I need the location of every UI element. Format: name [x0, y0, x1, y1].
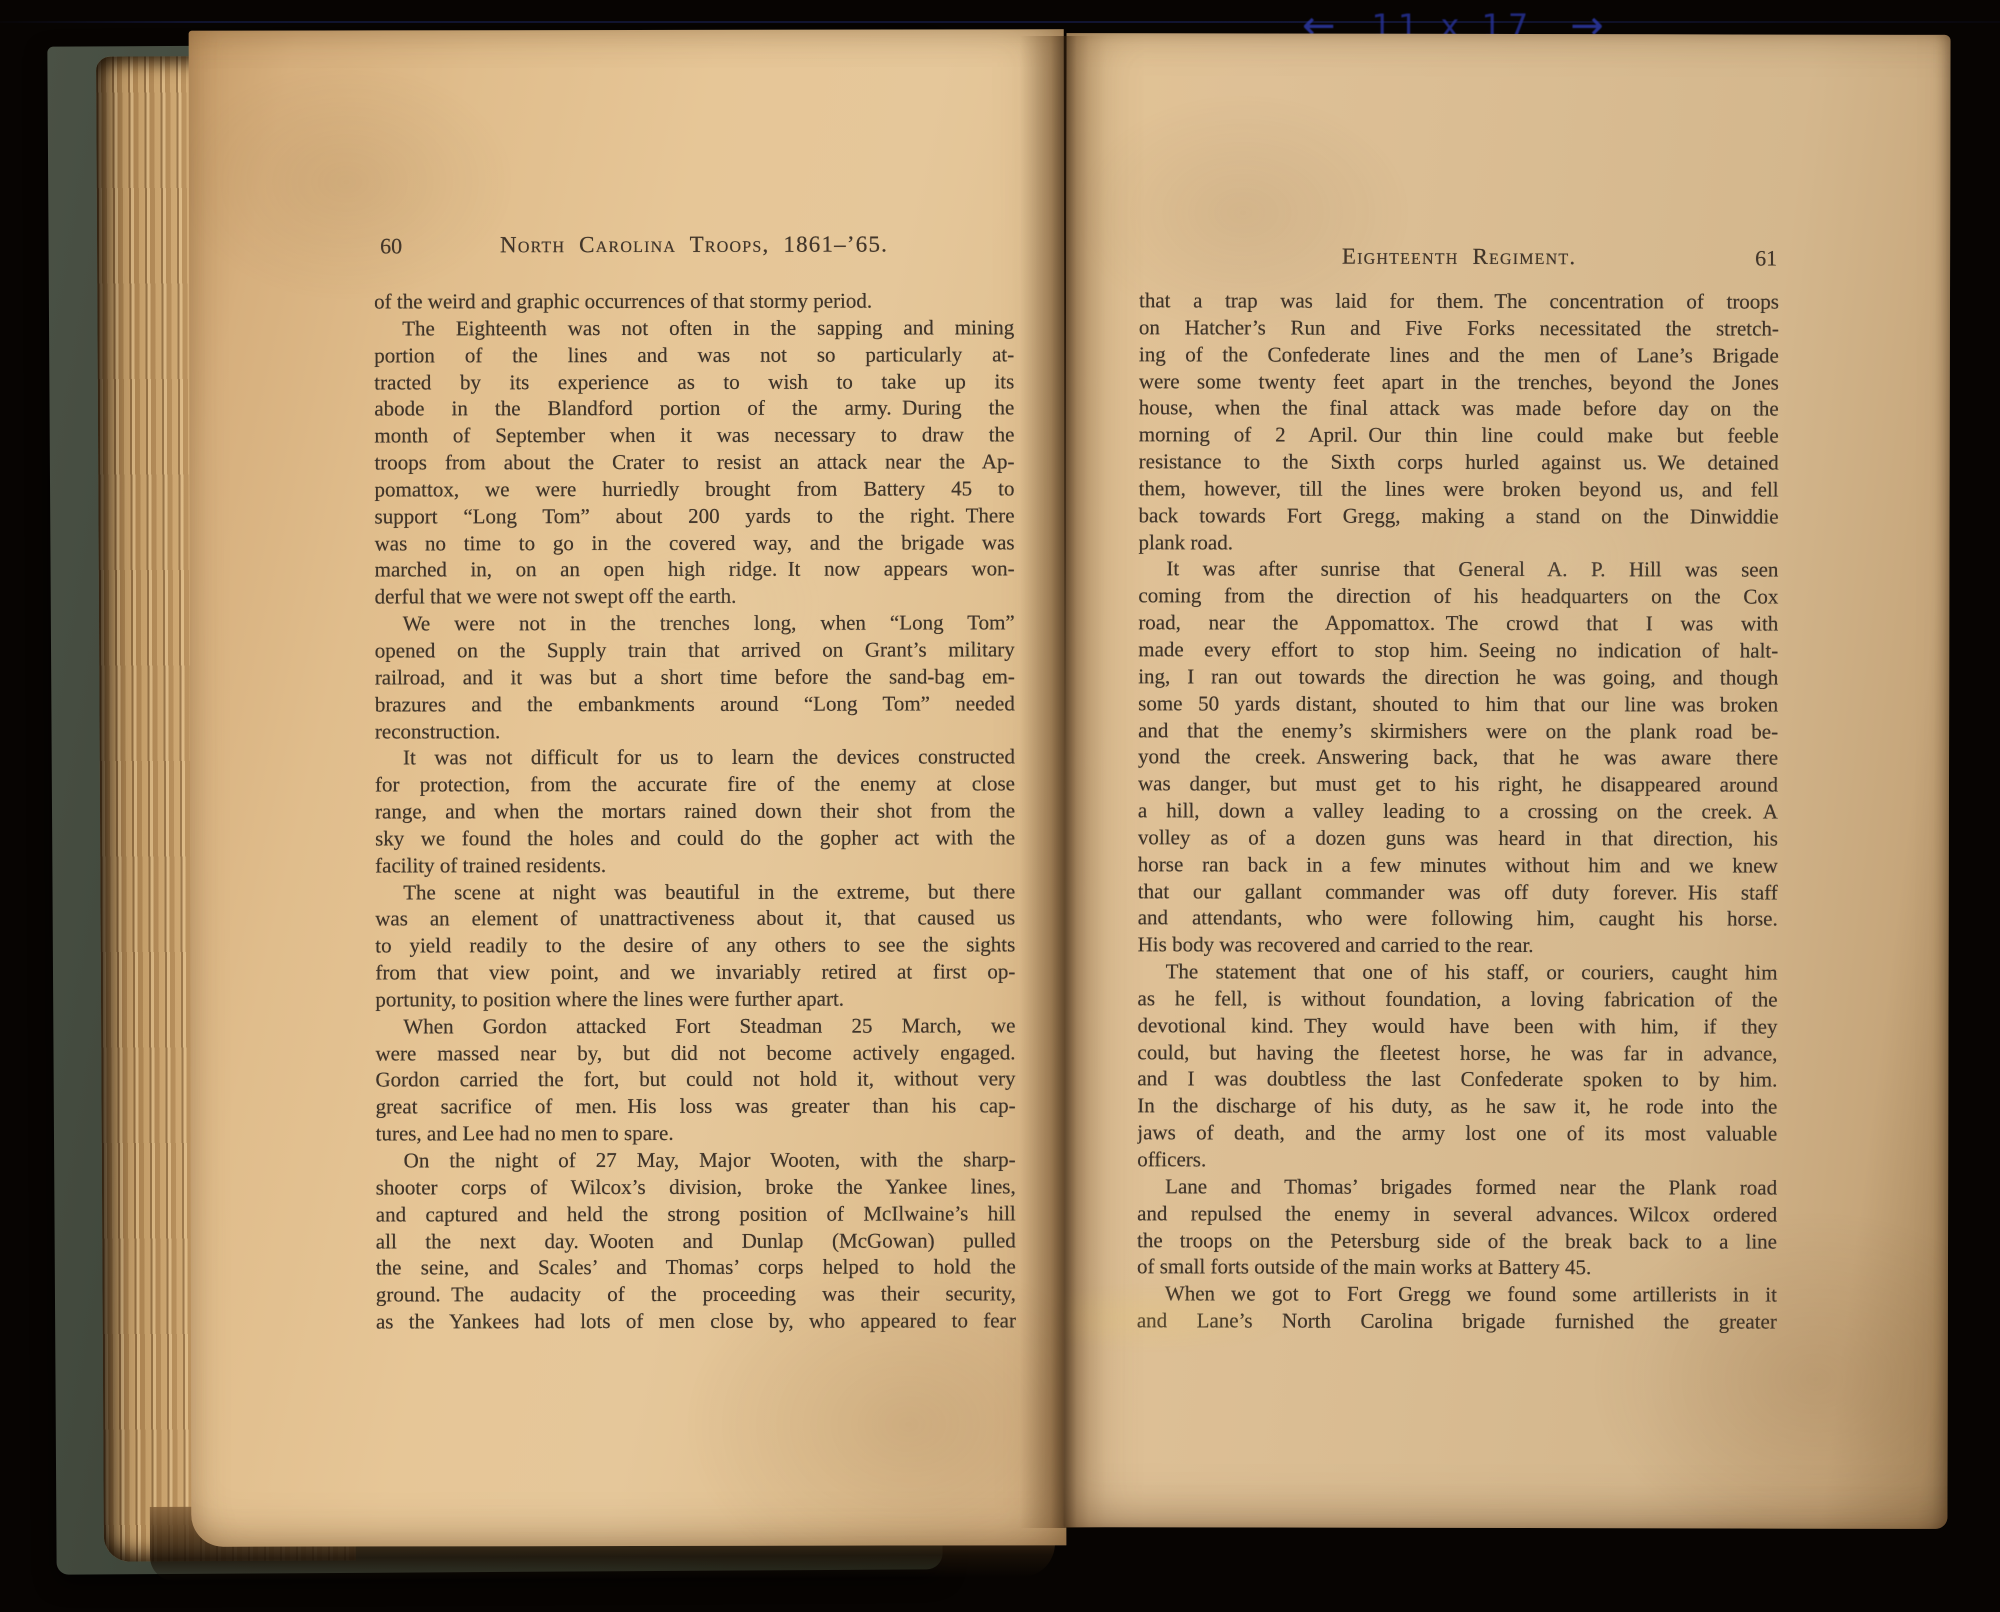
- text-line: from that view point, and we invariably …: [375, 958, 1015, 986]
- text-line: The statement that one of his staff, or …: [1138, 958, 1778, 986]
- page-body-text: that a trap was laid for them. The conce…: [1137, 287, 1779, 1335]
- text-line: great sacrifice of men. His loss was gre…: [376, 1093, 1016, 1121]
- text-line: troops from about the Crater to resist a…: [374, 448, 1014, 476]
- text-line: portion of the lines and was not so part…: [374, 341, 1014, 369]
- text-line: tures, and Lee had no men to spare.: [376, 1119, 1016, 1147]
- running-header-title: Eighteenth Regiment.: [1139, 241, 1779, 272]
- text-line: all the next day. Wooten and Dunlap (McG…: [376, 1227, 1016, 1255]
- text-line: In the discharge of his duty, as he saw …: [1137, 1093, 1777, 1121]
- text-line: as he fell, is without foundation, a lov…: [1138, 985, 1778, 1013]
- running-header-left: 60 North Carolina Troops, 1861–’65.: [374, 229, 1014, 264]
- text-line: tracted by its experience as to wish to …: [374, 368, 1014, 396]
- text-line: ground. The audacity of the proceeding w…: [376, 1281, 1016, 1309]
- text-line: abode in the Blandford portion of the ar…: [374, 395, 1014, 423]
- text-line: railroad, and it was but a short time be…: [375, 663, 1015, 691]
- text-line: back towards Fort Gregg, making a stand …: [1139, 502, 1779, 530]
- text-line: for protection, from the accurate fire o…: [375, 771, 1015, 799]
- text-line: derful that we were not swept off the ea…: [375, 583, 1015, 611]
- text-line: was no time to go in the covered way, an…: [375, 529, 1015, 557]
- text-line: and Lane’s North Carolina brigade furnis…: [1137, 1307, 1777, 1335]
- text-line: road, near the Appomattox. The crowd tha…: [1138, 609, 1778, 637]
- text-line: It was not difficult for us to learn the…: [375, 744, 1015, 772]
- text-line: range, and when the mortars rained down …: [375, 797, 1015, 825]
- text-line: and captured and held the strong positio…: [376, 1200, 1016, 1228]
- text-line: His body was recovered and carried to th…: [1138, 931, 1778, 959]
- open-book: 60 North Carolina Troops, 1861–’65. of t…: [0, 0, 2000, 1612]
- text-line: support “Long Tom” about 200 yards to th…: [375, 502, 1015, 530]
- text-line: devotional kind. They would have been wi…: [1137, 1012, 1777, 1040]
- text-line: The scene at night was beautiful in the …: [375, 878, 1015, 906]
- text-line: month of September when it was necessary…: [374, 422, 1014, 450]
- text-line: volley as of a dozen guns was heard in t…: [1138, 824, 1778, 852]
- text-line: on Hatcher’s Run and Five Forks necessit…: [1139, 314, 1779, 342]
- text-line: of the weird and graphic occurrences of …: [374, 287, 1014, 315]
- text-line: Gordon carried the fort, but could not h…: [375, 1066, 1015, 1094]
- text-line: morning of 2 April. Our thin line could …: [1139, 421, 1779, 449]
- text-line: to yield readily to the desire of any ot…: [375, 932, 1015, 960]
- text-line: house, when the final attack was made be…: [1139, 395, 1779, 423]
- page-number: 60: [380, 231, 402, 261]
- text-line: Lane and Thomas’ brigades formed near th…: [1137, 1173, 1777, 1201]
- text-line: plank road.: [1138, 529, 1778, 557]
- text-line: was danger, but must get to his right, h…: [1138, 770, 1778, 798]
- text-line: made every effort to stop him. Seeing no…: [1138, 636, 1778, 664]
- text-line: We were not in the trenches long, when “…: [375, 609, 1015, 637]
- text-line: coming from the direction of his headqua…: [1138, 583, 1778, 611]
- text-line: reconstruction.: [375, 717, 1015, 745]
- text-line: as the Yankees had lots of men close by,…: [376, 1307, 1016, 1335]
- text-line: pomattox, we were hurriedly brought from…: [374, 475, 1014, 503]
- text-line: jaws of death, and the army lost one of …: [1137, 1119, 1777, 1147]
- text-line: ing of the Confederate lines and the men…: [1139, 341, 1779, 369]
- text-line: was an element of unattractiveness about…: [375, 905, 1015, 933]
- text-line: sky we found the holes and could do the …: [375, 824, 1015, 852]
- text-line: and that the enemy’s skirmishers were on…: [1138, 717, 1778, 745]
- text-line: The Eighteenth was not often in the sapp…: [374, 314, 1014, 342]
- text-line: When Gordon attacked Fort Steadman 25 Ma…: [375, 1012, 1015, 1040]
- text-line: and attendants, who were following him, …: [1138, 905, 1778, 933]
- text-line: resistance to the Sixth corps hurled aga…: [1139, 448, 1779, 476]
- text-line: were some twenty feet apart in the trenc…: [1139, 368, 1779, 396]
- page-number: 61: [1755, 244, 1777, 274]
- running-header-title: North Carolina Troops, 1861–’65.: [374, 229, 1014, 260]
- text-line: horse ran back in a few minutes without …: [1138, 851, 1778, 879]
- text-line: yond the creek. Answering back, that he …: [1138, 744, 1778, 772]
- text-line: portunity, to position where the lines w…: [375, 985, 1015, 1013]
- text-line: ing, I ran out towards the direction he …: [1138, 663, 1778, 691]
- text-line: a hill, down a valley leading to a cross…: [1138, 797, 1778, 825]
- text-line: that a trap was laid for them. The conce…: [1139, 287, 1779, 315]
- running-header-right: Eighteenth Regiment. 61: [1139, 241, 1779, 276]
- text-line: were massed near by, but did not become …: [375, 1039, 1015, 1067]
- text-line: the seine, and Scales’ and Thomas’ corps…: [376, 1254, 1016, 1282]
- text-line: the troops on the Petersburg side of the…: [1137, 1227, 1777, 1255]
- text-line: marched in, on an open high ridge. It no…: [375, 556, 1015, 584]
- text-line: When we got to Fort Gregg we found some …: [1137, 1280, 1777, 1308]
- text-line: It was after sunrise that General A. P. …: [1138, 556, 1778, 584]
- text-line: officers.: [1137, 1146, 1777, 1174]
- text-line: could, but having the fleetest horse, he…: [1137, 1039, 1777, 1067]
- right-page: Eighteenth Regiment. 61 that a trap was …: [1063, 33, 1950, 1529]
- text-line: facility of trained residents.: [375, 851, 1015, 879]
- text-line: of small forts outside of the main works…: [1137, 1254, 1777, 1282]
- text-line: them, however, till the lines were broke…: [1139, 475, 1779, 503]
- text-line: shooter corps of Wilcox’s division, brok…: [376, 1173, 1016, 1201]
- text-line: opened on the Supply train that arrived …: [375, 636, 1015, 664]
- text-line: and repulsed the enemy in several advanc…: [1137, 1200, 1777, 1228]
- text-line: that our gallant commander was off duty …: [1138, 878, 1778, 906]
- page-body-text: of the weird and graphic occurrences of …: [374, 287, 1016, 1335]
- text-line: and I was doubtless the last Confederate…: [1137, 1066, 1777, 1094]
- text-line: brazures and the embankments around “Lon…: [375, 690, 1015, 718]
- text-line: some 50 yards distant, shouted to him th…: [1138, 690, 1778, 718]
- scanned-book-viewer: ← 11 x 17 → 60 North Carolina Troops, 18…: [0, 0, 2000, 1612]
- text-line: On the night of 27 May, Major Wooten, wi…: [376, 1146, 1016, 1174]
- left-page: 60 North Carolina Troops, 1861–’65. of t…: [189, 29, 1067, 1547]
